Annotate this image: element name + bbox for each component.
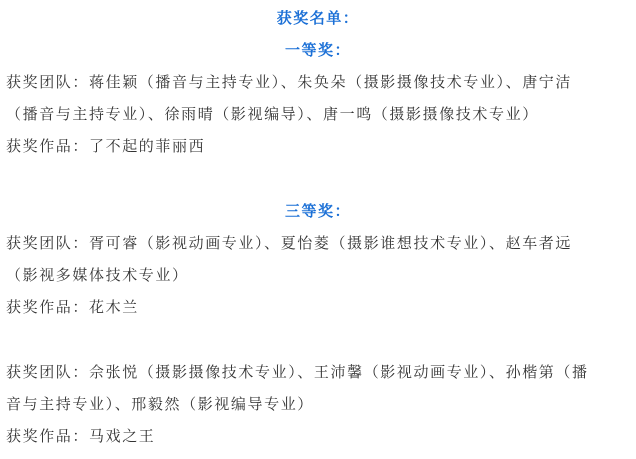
award-list-title: 获奖名单：: [0, 8, 636, 28]
first-prize-team-line-2: （播音与主持专业）、徐雨晴（影视编导）、唐一鸣（摄影摄像技术专业）: [6, 104, 636, 124]
third-prize-heading: 三等奖：: [0, 201, 636, 221]
first-prize-team-line-1: 获奖团队：蒋佳颖（播音与主持专业）、朱奂朵（摄影摄像技术专业）、唐宁洁: [6, 72, 636, 92]
award-list-document: 获奖名单： 一等奖： 获奖团队：蒋佳颖（播音与主持专业）、朱奂朵（摄影摄像技术专…: [0, 0, 636, 459]
third-prize-1-work: 获奖作品：花木兰: [6, 297, 636, 317]
first-prize-work: 获奖作品：了不起的菲丽西: [6, 136, 636, 156]
third-prize-2-team-line-1: 获奖团队：佘张悦（摄影摄像技术专业）、王沛馨（影视动画专业）、孙楷第（播: [6, 362, 636, 382]
first-prize-heading: 一等奖：: [0, 40, 636, 60]
third-prize-2-team-line-2: 音与主持专业）、邢毅然（影视编导专业）: [6, 394, 636, 414]
third-prize-1-team-line-2: （影视多媒体技术专业）: [6, 265, 636, 285]
third-prize-2-work: 获奖作品：马戏之王: [6, 426, 636, 446]
third-prize-1-team-line-1: 获奖团队：胥可睿（影视动画专业）、夏怡菱（摄影谁想技术专业）、赵车者远: [6, 233, 636, 253]
